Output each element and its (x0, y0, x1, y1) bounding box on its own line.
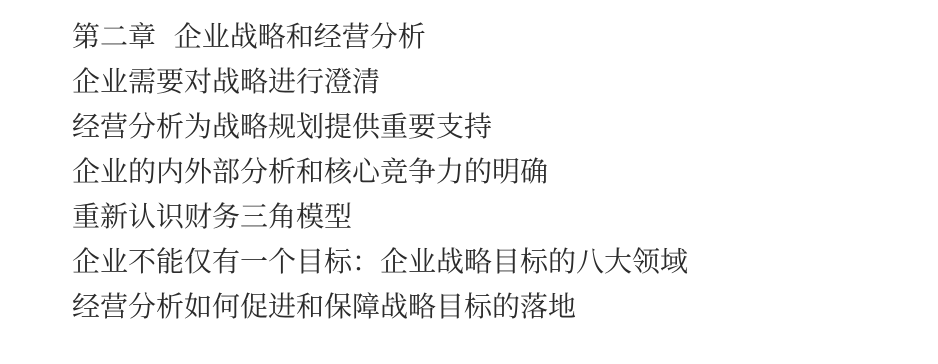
outline-item: 企业不能仅有一个目标：企业战略目标的八大领域 (72, 239, 688, 284)
outline-item: 经营分析如何促进和保障战略目标的落地 (72, 284, 688, 329)
outline-item: 企业需要对战略进行澄清 (72, 59, 688, 104)
outline-item: 重新认识财务三角模型 (72, 194, 688, 239)
outline-item: 企业的内外部分析和核心竞争力的明确 (72, 149, 688, 194)
outline-item: 经营分析为战略规划提供重要支持 (72, 104, 688, 149)
chapter-title: 第二章 企业战略和经营分析 (72, 14, 688, 59)
chapter-outline: 第二章 企业战略和经营分析 企业需要对战略进行澄清 经营分析为战略规划提供重要支… (72, 14, 688, 329)
